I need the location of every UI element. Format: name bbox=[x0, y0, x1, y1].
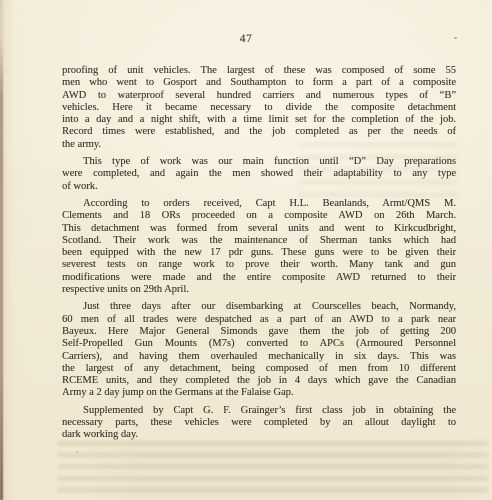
text-line: the largest of any detachment, being com… bbox=[62, 363, 456, 375]
text-line: This type of work was our main function … bbox=[62, 156, 456, 168]
text-line: necessary parts, these vehicles were com… bbox=[62, 417, 456, 429]
text-line: dark working day. bbox=[62, 429, 456, 441]
paper-speck bbox=[454, 37, 457, 39]
text-line: proofing of unit vehicles. The largest o… bbox=[62, 65, 456, 77]
paragraph: According to orders received, Capt H.L. … bbox=[62, 198, 456, 296]
paragraph: proofing of unit vehicles. The largest o… bbox=[62, 65, 456, 151]
text-block: proofing of unit vehicles. The largest o… bbox=[62, 65, 456, 442]
paragraph: Supplemented by Capt G. F. Grainger’s fi… bbox=[62, 405, 456, 442]
text-line: This detachment was formed from several … bbox=[62, 223, 456, 235]
text-line: vehicles. Here it became necessary to di… bbox=[62, 102, 456, 114]
text-line: RCEME units, and they completed the job … bbox=[62, 375, 456, 387]
text-line: 60 men of all trades were despatched as … bbox=[62, 314, 456, 326]
show-through-text bbox=[58, 440, 488, 498]
text-line: severest tests on range work to prove th… bbox=[62, 259, 456, 271]
text-line: Just three days after our disembarking a… bbox=[62, 301, 456, 313]
text-line: AWD to waterproof several hundred carrie… bbox=[62, 90, 456, 102]
text-line: Self-Propelled Gun Mounts (M7s) converte… bbox=[62, 338, 456, 350]
text-line: Scotland. Their work was the maintenance… bbox=[62, 235, 456, 247]
text-line: into a day and a night shift, with a tim… bbox=[62, 114, 456, 126]
text-line: Supplemented by Capt G. F. Grainger’s fi… bbox=[62, 405, 456, 417]
text-line: been equipped with the new 17 pdr guns. … bbox=[62, 247, 456, 259]
text-line: Carriers), and having them overhauled me… bbox=[62, 351, 456, 363]
page-number: 47 bbox=[0, 33, 492, 45]
paper-speck bbox=[76, 451, 78, 453]
text-line: men who went to Gosport and Southampton … bbox=[62, 77, 456, 89]
page-edge-shadow bbox=[0, 42, 3, 500]
text-line: Army a 2 day jump on the Germans at the … bbox=[62, 387, 456, 399]
paragraph: This type of work was our main function … bbox=[62, 156, 456, 193]
book-page: 47 proofing of unit vehicles. The larges… bbox=[0, 0, 492, 500]
text-line: Record times were established, and the j… bbox=[62, 126, 456, 138]
text-line: modifications were made and the entire c… bbox=[62, 272, 456, 284]
text-line: Bayeux. Here Major General Simonds gave … bbox=[62, 326, 456, 338]
text-line: of work. bbox=[62, 181, 456, 193]
text-line: respective units on 29th April. bbox=[62, 284, 456, 296]
text-line: Clements and 18 ORs proceeded on a compo… bbox=[62, 210, 456, 222]
text-line: According to orders received, Capt H.L. … bbox=[62, 198, 456, 210]
text-line: were completed, and again the men showed… bbox=[62, 168, 456, 180]
text-line: the army. bbox=[62, 139, 456, 151]
paragraph: Just three days after our disembarking a… bbox=[62, 301, 456, 399]
